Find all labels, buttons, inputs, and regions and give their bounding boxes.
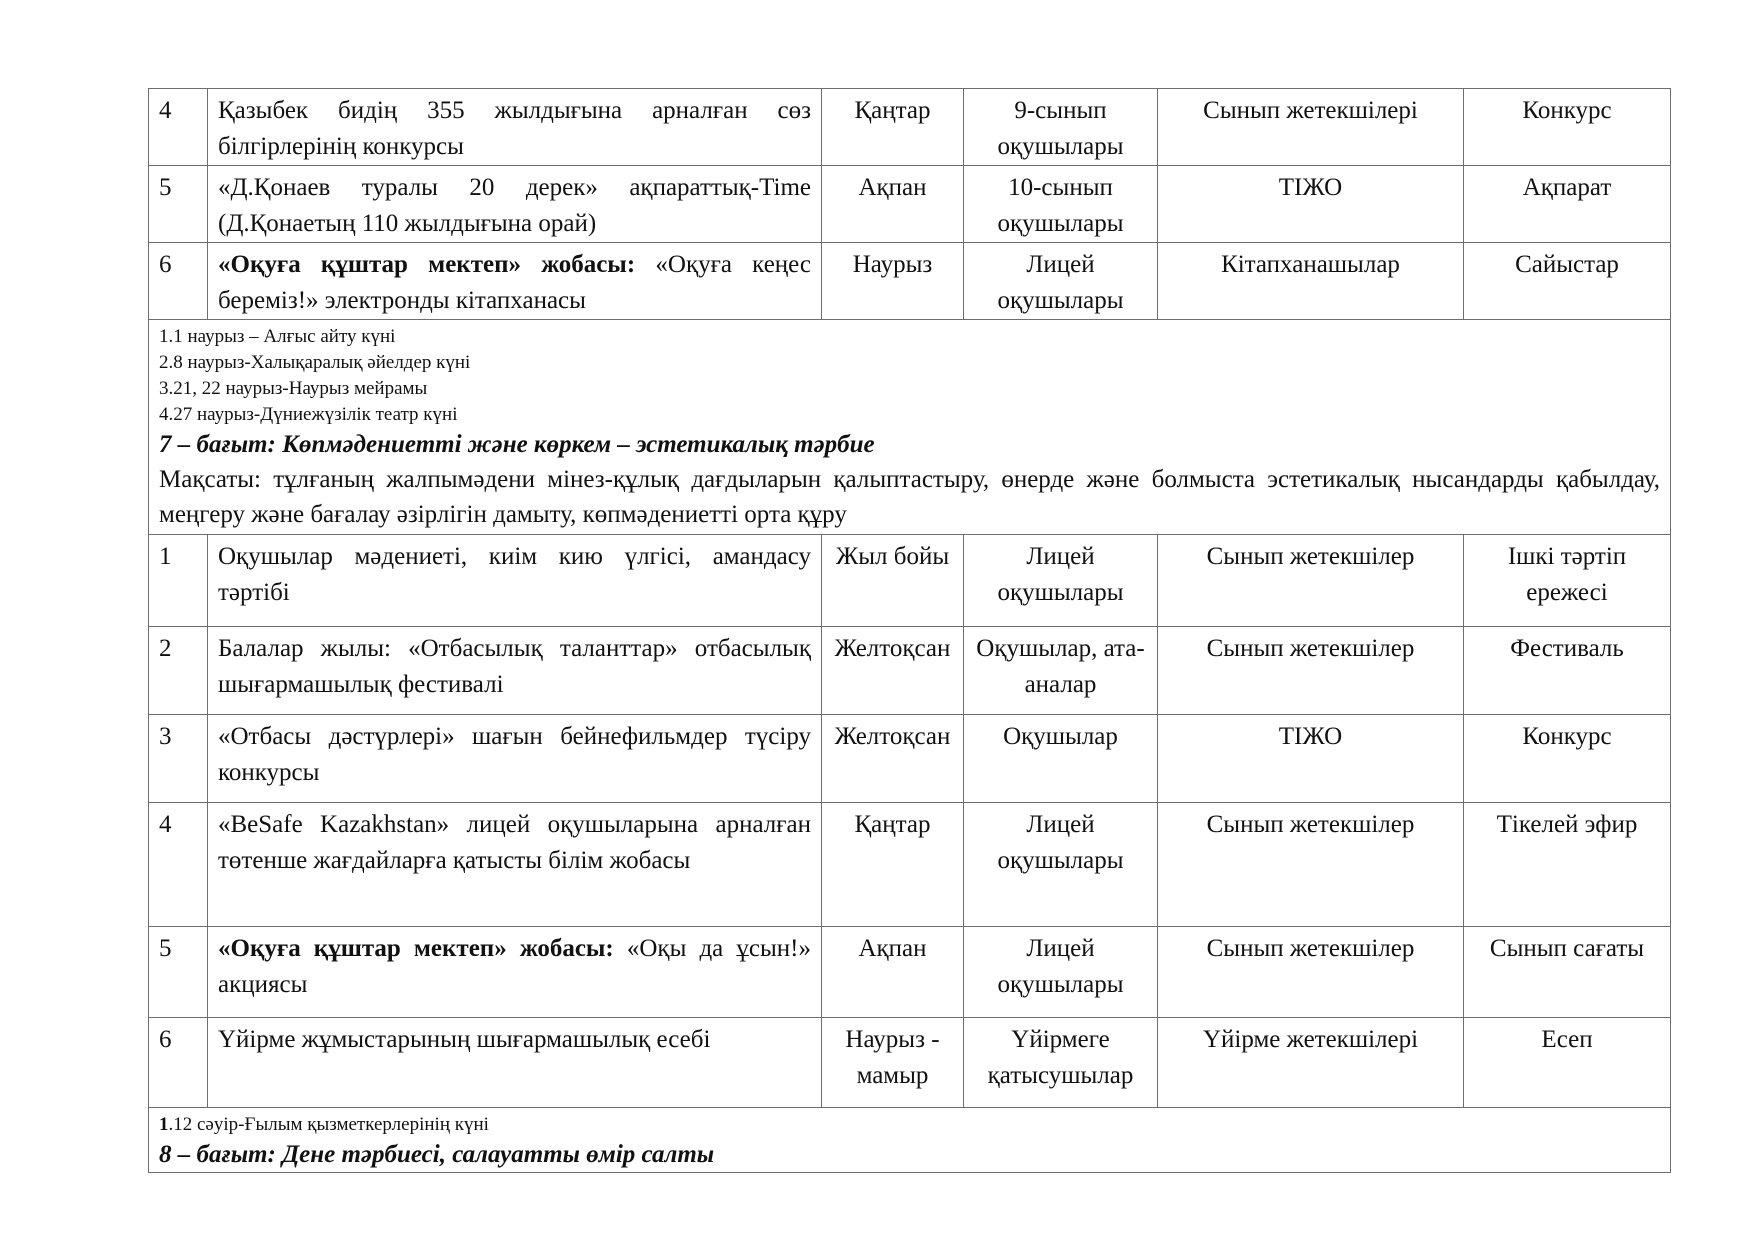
- event-responsible: ТІЖО: [1158, 715, 1464, 803]
- event-title-bold: «Оқуға құштар мектеп» жобасы:: [218, 251, 635, 278]
- event-participants: Оқушылар: [964, 715, 1158, 803]
- note-bold-prefix: 1: [159, 1114, 169, 1135]
- event-title-bold: «Оқуға құштар мектеп» жобасы:: [218, 935, 614, 962]
- event-participants: Үйірмеге қатысушылар: [964, 1018, 1158, 1108]
- table-row: 6 Үйірме жұмыстарының шығармашылық есебі…: [149, 1018, 1671, 1108]
- event-title: «Оқуға құштар мектеп» жобасы: «Оқы да ұс…: [208, 927, 822, 1018]
- event-title-text: Оқушылар мәдениеті, киім кию үлгісі, ама…: [218, 543, 811, 606]
- row-number: 6: [149, 1018, 208, 1108]
- row-number: 5: [149, 927, 208, 1018]
- event-title: «Д.Қонаев туралы 20 дерек» ақпараттық-Ti…: [208, 166, 822, 243]
- event-participants: 10-сынып оқушылары: [964, 166, 1158, 243]
- event-participants: Лицей оқушылары: [964, 927, 1158, 1018]
- event-title-text: Үйірме жұмыстарының шығармашылық есебі: [218, 1026, 710, 1053]
- direction-8-section: 1.12 сәуір-Ғылым қызметкерлерінің күні 8…: [149, 1108, 1671, 1173]
- event-participants: Оқушылар, ата-аналар: [964, 627, 1158, 715]
- event-responsible: ТІЖО: [1158, 166, 1464, 243]
- direction-heading: 7 – бағыт: Көпмәдениетті және көркем – э…: [159, 428, 1660, 462]
- event-responsible: Сынып жетекшілер: [1158, 803, 1464, 927]
- note-line: 4.27 наурыз-Дүниежүзілік театр күні: [159, 402, 1660, 428]
- section-block: 1.12 сәуір-Ғылым қызметкерлерінің күні 8…: [149, 1108, 1671, 1173]
- event-date: Наурыз - мамыр: [822, 1018, 964, 1108]
- row-number: 5: [149, 166, 208, 243]
- march-notes: 1.1 наурыз – Алғыс айту күні 2.8 наурыз-…: [159, 324, 1660, 428]
- event-form: Конкурс: [1464, 715, 1671, 803]
- event-title-text: «BeSafe Kazakhstan» лицей оқушыларына ар…: [218, 811, 811, 874]
- note-line: 3.21, 22 наурыз-Наурыз мейрамы: [159, 376, 1660, 402]
- event-date: Жыл бойы: [822, 535, 964, 627]
- direction-heading: 8 – бағыт: Дене тәрбиесі, салауатты өмір…: [159, 1138, 1660, 1172]
- row-number: 4: [149, 89, 208, 166]
- event-title: Үйірме жұмыстарының шығармашылық есебі: [208, 1018, 822, 1108]
- event-title: Қазыбек бидің 355 жылдығына арналған сөз…: [208, 89, 822, 166]
- april-note: 1.12 сәуір-Ғылым қызметкерлерінің күні: [159, 1112, 1660, 1138]
- table-row: 4 «BeSafe Kazakhstan» лицей оқушыларына …: [149, 803, 1671, 927]
- event-form: Есеп: [1464, 1018, 1671, 1108]
- document-page: 4 Қазыбек бидің 355 жылдығына арналған с…: [0, 0, 1755, 1240]
- event-responsible: Сынып жетекшілер: [1158, 535, 1464, 627]
- event-form: Сынып сағаты: [1464, 927, 1671, 1018]
- event-participants: Лицей оқушылары: [964, 535, 1158, 627]
- table-row: 5 «Д.Қонаев туралы 20 дерек» ақпараттық-…: [149, 166, 1671, 243]
- table-row: 4 Қазыбек бидің 355 жылдығына арналған с…: [149, 89, 1671, 166]
- event-form: Ақпарат: [1464, 166, 1671, 243]
- event-title: Балалар жылы: «Отбасылық таланттар» отба…: [208, 627, 822, 715]
- direction-goal: Мақсаты: тұлғаның жалпымәдени мінез-құлы…: [159, 462, 1660, 532]
- table-row: 1 Оқушылар мәдениеті, киім кию үлгісі, а…: [149, 535, 1671, 627]
- event-responsible: Сынып жетекшілер: [1158, 927, 1464, 1018]
- event-form: Сайыстар: [1464, 243, 1671, 320]
- event-form: Фестиваль: [1464, 627, 1671, 715]
- event-date: Желтоқсан: [822, 627, 964, 715]
- event-date: Қаңтар: [822, 803, 964, 927]
- event-title: «Отбасы дәстүрлері» шағын бейнефильмдер …: [208, 715, 822, 803]
- table-row: 2 Балалар жылы: «Отбасылық таланттар» от…: [149, 627, 1671, 715]
- table-row: 3 «Отбасы дәстүрлері» шағын бейнефильмде…: [149, 715, 1671, 803]
- event-date: Қаңтар: [822, 89, 964, 166]
- event-title: Оқушылар мәдениеті, киім кию үлгісі, ама…: [208, 535, 822, 627]
- event-responsible: Сынып жетекшілер: [1158, 627, 1464, 715]
- note-text: .12 сәуір-Ғылым қызметкерлерінің күні: [169, 1114, 489, 1135]
- event-date: Ақпан: [822, 166, 964, 243]
- section-block: 1.1 наурыз – Алғыс айту күні 2.8 наурыз-…: [149, 320, 1671, 535]
- row-number: 2: [149, 627, 208, 715]
- event-responsible: Үйірме жетекшілері: [1158, 1018, 1464, 1108]
- events-plan-table: 4 Қазыбек бидің 355 жылдығына арналған с…: [148, 88, 1671, 1173]
- event-form: Ішкі тәртіп ережесі: [1464, 535, 1671, 627]
- event-title-text: Қазыбек бидің 355 жылдығына арналған сөз…: [218, 97, 811, 160]
- event-responsible: Кітапханашылар: [1158, 243, 1464, 320]
- event-date: Ақпан: [822, 927, 964, 1018]
- event-title-text: «Отбасы дәстүрлері» шағын бейнефильмдер …: [218, 723, 811, 786]
- event-title-text: Балалар жылы: «Отбасылық таланттар» отба…: [218, 635, 811, 698]
- direction-7-section: 1.1 наурыз – Алғыс айту күні 2.8 наурыз-…: [149, 320, 1671, 535]
- note-line: 2.8 наурыз-Халықаралық әйелдер күні: [159, 350, 1660, 376]
- row-number: 6: [149, 243, 208, 320]
- table-row: 5 «Оқуға құштар мектеп» жобасы: «Оқы да …: [149, 927, 1671, 1018]
- event-date: Желтоқсан: [822, 715, 964, 803]
- event-form: Тікелей эфир: [1464, 803, 1671, 927]
- row-number: 4: [149, 803, 208, 927]
- event-responsible: Сынып жетекшілері: [1158, 89, 1464, 166]
- event-date: Наурыз: [822, 243, 964, 320]
- event-participants: Лицей оқушылары: [964, 243, 1158, 320]
- event-participants: 9-сынып оқушылары: [964, 89, 1158, 166]
- note-line: 1.1 наурыз – Алғыс айту күні: [159, 324, 1660, 350]
- row-number: 3: [149, 715, 208, 803]
- event-form: Конкурс: [1464, 89, 1671, 166]
- event-title: «Оқуға құштар мектеп» жобасы: «Оқуға кең…: [208, 243, 822, 320]
- event-participants: Лицей оқушылары: [964, 803, 1158, 927]
- table-row: 6 «Оқуға құштар мектеп» жобасы: «Оқуға к…: [149, 243, 1671, 320]
- row-number: 1: [149, 535, 208, 627]
- event-title-text: «Д.Қонаев туралы 20 дерек» ақпараттық-Ti…: [218, 174, 811, 237]
- event-title: «BeSafe Kazakhstan» лицей оқушыларына ар…: [208, 803, 822, 927]
